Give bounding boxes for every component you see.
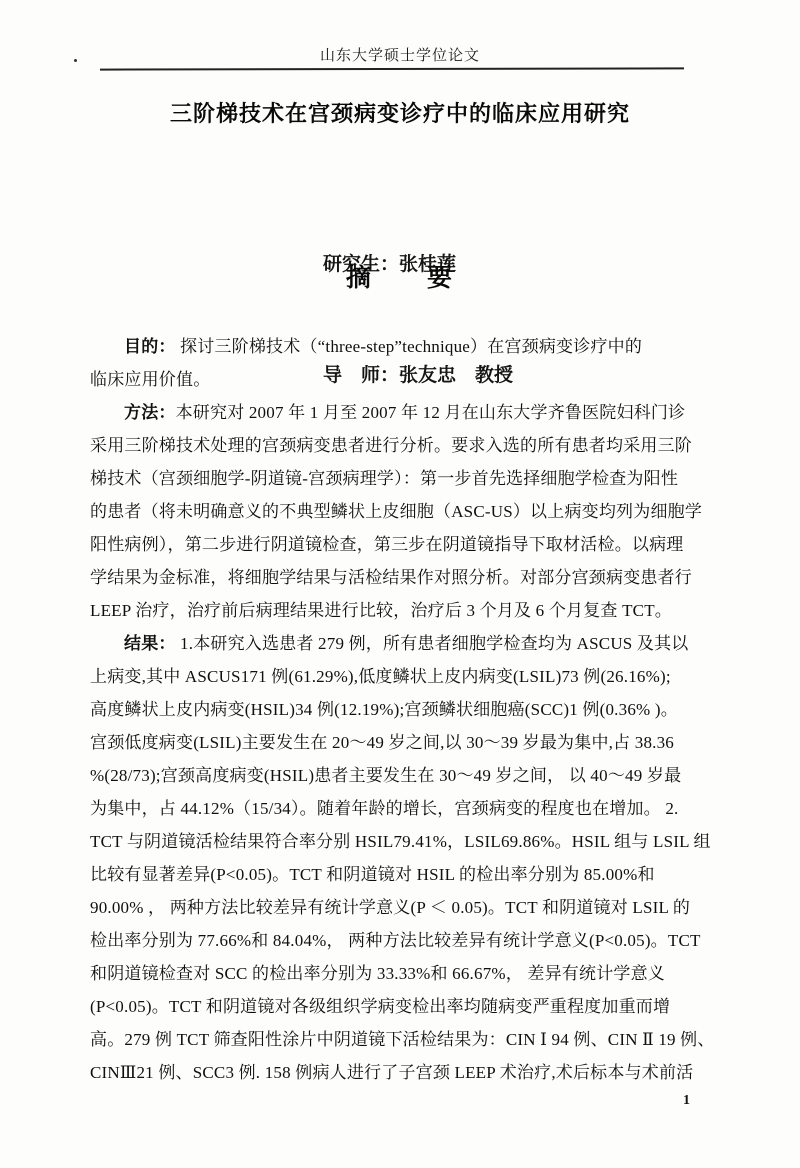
body-line: 检出率分别为 77.66%和 84.04%， 两种方法比较差异有统计学意义(P<… bbox=[90, 924, 730, 957]
body-line: 阳性病例），第二步进行阴道镜检查，第三步在阴道镜指导下取材活检。以病理 bbox=[90, 528, 730, 561]
body-line: 90.00% ， 两种方法比较差异有统计学意义(P ＜ 0.05)。TCT 和阴… bbox=[90, 891, 730, 924]
body-line-lead: 方法： bbox=[124, 403, 176, 422]
body-line: CINⅢ21 例、SCC3 例. 158 例病人进行了子宫颈 LEEP 术治疗,… bbox=[90, 1056, 730, 1089]
body-line: 高度鳞状上皮内病变(HSIL)34 例(12.19%);宫颈鳞状细胞癌(SCC)… bbox=[90, 693, 730, 726]
body-line: 结果： 1.本研究入选患者 279 例，所有患者细胞学检查均为 ASCUS 及其… bbox=[90, 627, 730, 660]
thesis-title: 三阶梯技术在宫颈病变诊疗中的临床应用研究 bbox=[0, 97, 800, 128]
body-line: 目的： 探讨三阶梯技术（“three-step”technique）在宫颈病变诊… bbox=[90, 330, 730, 363]
body-line-lead: 结果： bbox=[124, 634, 176, 653]
body-line: 宫颈低度病变(LSIL)主要发生在 20～49 岁之间,以 30～39 岁最为集… bbox=[90, 726, 730, 759]
abstract-heading: 摘 要 bbox=[0, 258, 800, 294]
page-number: 1 bbox=[683, 1093, 690, 1109]
body-line: 学结果为金标准，将细胞学结果与活检结果作对照分析。对部分宫颈病变患者行 bbox=[90, 561, 730, 594]
body-line: 和阴道镜检查对 SCC 的检出率分别为 33.33%和 66.67%， 差异有统… bbox=[90, 957, 730, 990]
running-head: 山东大学硕士学位论文 bbox=[0, 44, 800, 65]
body-line: 比较有显著差异(P<0.05)。TCT 和阴道镜对 HSIL 的检出率分别为 8… bbox=[90, 858, 730, 891]
body-line: 上病变,其中 ASCUS171 例(61.29%),低度鳞状上皮内病变(LSIL… bbox=[90, 660, 730, 693]
body-line: LEEP 治疗，治疗前后病理结果进行比较，治疗后 3 个月及 6 个月复查 TC… bbox=[90, 594, 730, 627]
body-line: 的患者（将未明确意义的不典型鳞状上皮细胞（ASC-US）以上病变均列为细胞学 bbox=[90, 495, 730, 528]
body-line: 方法：本研究对 2007 年 1 月至 2007 年 12 月在山东大学齐鲁医院… bbox=[90, 396, 730, 429]
body-line: %(28/73);宫颈高度病变(HSIL)患者主要发生在 30～49 岁之间， … bbox=[90, 759, 730, 792]
abstract-body: 目的： 探讨三阶梯技术（“three-step”technique）在宫颈病变诊… bbox=[90, 330, 730, 1089]
body-line: 临床应用价值。 bbox=[90, 363, 730, 396]
body-line: 为集中，占 44.12%（15/34）。随着年龄的增长，宫颈病变的程度也在增加。… bbox=[90, 792, 730, 825]
body-line: 高。279 例 TCT 筛查阳性涂片中阴道镜下活检结果为：CIN Ⅰ 94 例、… bbox=[90, 1023, 730, 1056]
body-line: 采用三阶梯技术处理的宫颈病变患者进行分析。要求入选的所有患者均采用三阶 bbox=[90, 429, 730, 462]
body-line-lead: 目的： bbox=[124, 337, 176, 356]
body-line: (P<0.05)。TCT 和阴道镜对各级组织学病变检出率均随病变严重程度加重而增 bbox=[90, 990, 730, 1023]
body-line: TCT 与阴道镜活检结果符合率分别 HSIL79.41%，LSIL69.86%。… bbox=[90, 825, 730, 858]
body-line: 梯技术（宫颈细胞学-阴道镜-宫颈病理学）：第一步首先选择细胞学检查为阳性 bbox=[90, 462, 730, 495]
header-rule bbox=[100, 67, 684, 70]
thesis-page: 山东大学硕士学位论文 三阶梯技术在宫颈病变诊疗中的临床应用研究 研究生：张桂莲 … bbox=[0, 0, 800, 1168]
